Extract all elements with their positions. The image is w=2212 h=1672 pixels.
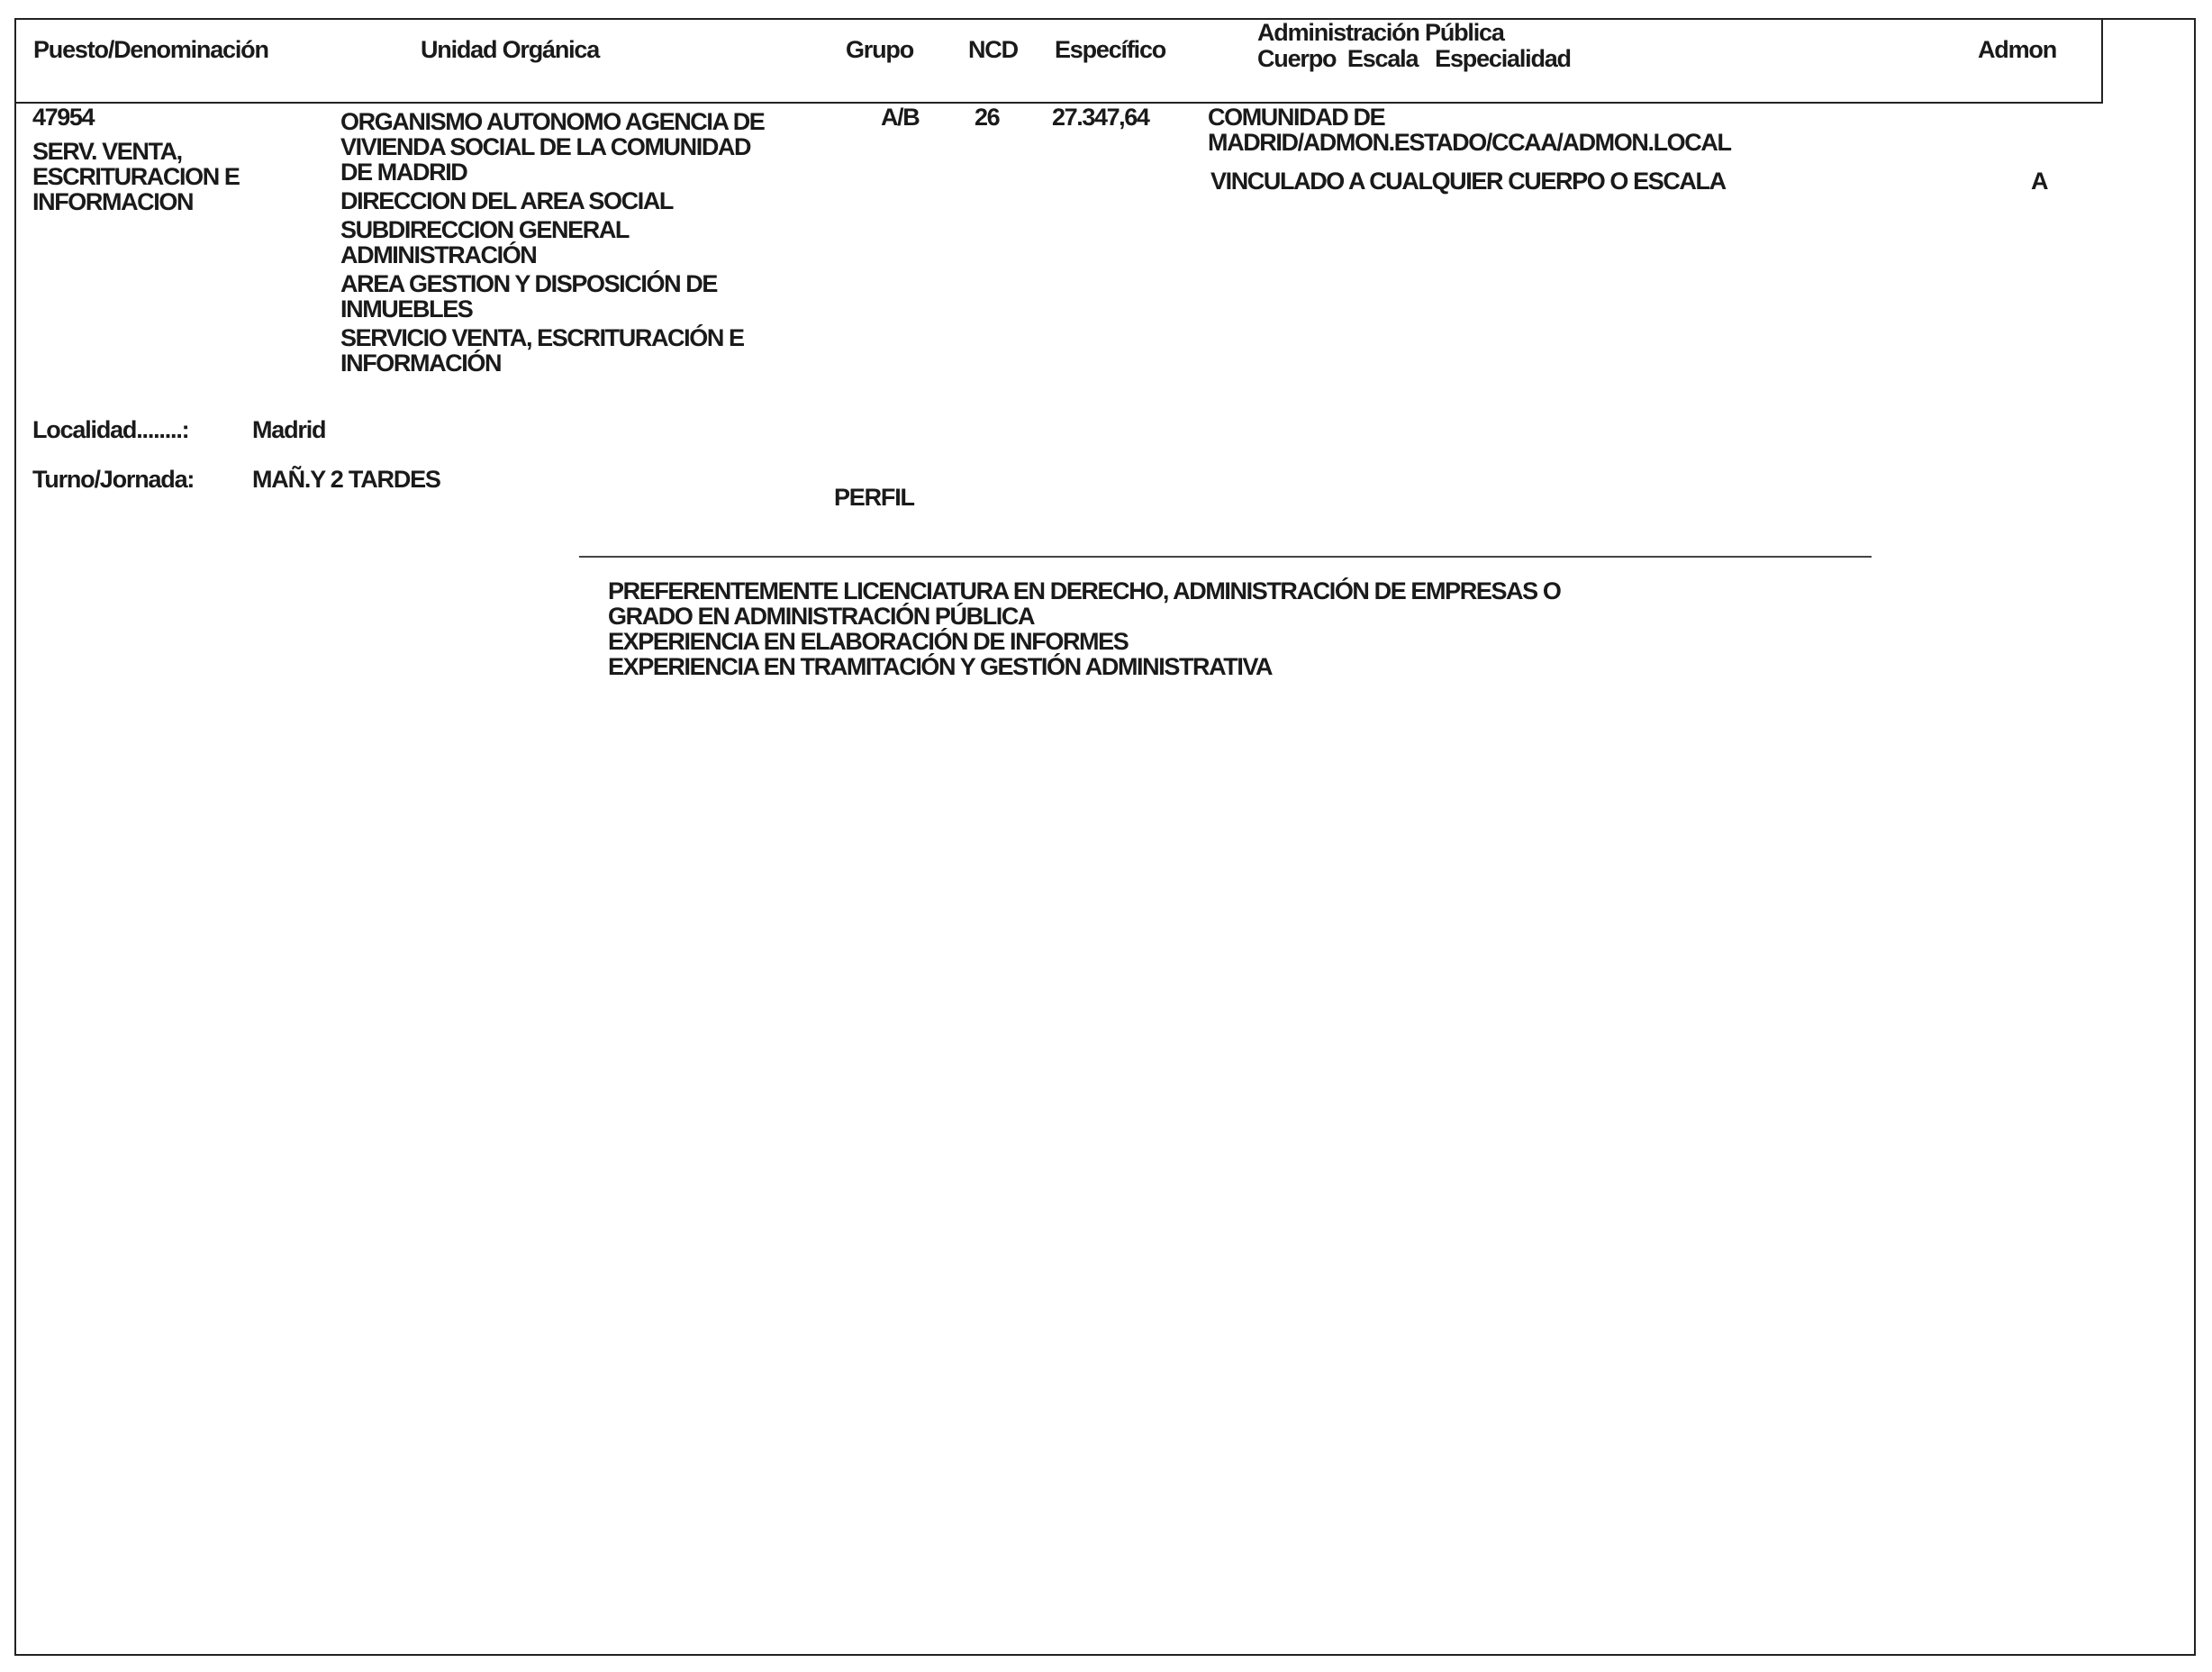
text-line: GRADO EN ADMINISTRACIÓN PÚBLICA — [608, 604, 1560, 629]
record-admon: A — [2031, 168, 2047, 194]
unidad-group: SERVICIO VENTA, ESCRITURACIÓN EINFORMACI… — [340, 325, 764, 376]
text-line: VIVIENDA SOCIAL DE LA COMUNIDAD — [340, 134, 764, 159]
header-ncd: NCD — [968, 36, 1018, 64]
record-cuerpo: VINCULADO A CUALQUIER CUERPO O ESCALA — [1210, 168, 1726, 194]
record-code: 47954 — [32, 104, 94, 130]
perfil-title: PERFIL — [834, 484, 914, 512]
record-denominacion: SERV. VENTA,ESCRITURACION EINFORMACION — [32, 139, 240, 214]
text-line: INMUEBLES — [340, 296, 764, 322]
text-line: PREFERENTEMENTE LICENCIATURA EN DERECHO,… — [608, 578, 1560, 604]
perfil-divider — [579, 556, 1872, 558]
text-line: DE MADRID — [340, 159, 764, 185]
unidad-group: SUBDIRECCION GENERALADMINISTRACIÓN — [340, 217, 764, 268]
localidad-label: Localidad........: — [32, 416, 188, 444]
header-admon: Admon — [1978, 36, 2056, 64]
text-line: MADRID/ADMON.ESTADO/CCAA/ADMON.LOCAL — [1208, 130, 1731, 155]
unidad-group: ORGANISMO AUTONOMO AGENCIA DEVIVIENDA SO… — [340, 109, 764, 185]
text-line: DIRECCION DEL AREA SOCIAL — [340, 188, 764, 214]
unidad-group: DIRECCION DEL AREA SOCIAL — [340, 188, 764, 214]
header-unidad: Unidad Orgánica — [421, 36, 599, 64]
text-line: EXPERIENCIA EN TRAMITACIÓN Y GESTIÓN ADM… — [608, 654, 1560, 679]
text-line: INFORMACION — [32, 189, 240, 214]
header-admin-publica: Administración Pública — [1257, 19, 1504, 47]
text-line: COMUNIDAD DE — [1208, 104, 1731, 130]
text-line: EXPERIENCIA EN ELABORACIÓN DE INFORMES — [608, 629, 1560, 654]
header-especifico: Específico — [1055, 36, 1165, 64]
record-administracion: COMUNIDAD DEMADRID/ADMON.ESTADO/CCAA/ADM… — [1208, 104, 1731, 155]
text-line: SERV. VENTA, — [32, 139, 240, 164]
record-grupo: A/B — [881, 104, 919, 130]
text-line: SUBDIRECCION GENERAL — [340, 217, 764, 242]
turno-label: Turno/Jornada: — [32, 466, 194, 494]
text-line: SERVICIO VENTA, ESCRITURACIÓN E — [340, 325, 764, 350]
record-especifico: 27.347,64 — [1052, 104, 1149, 130]
perfil-lines: PREFERENTEMENTE LICENCIATURA EN DERECHO,… — [608, 578, 1560, 679]
text-line: ORGANISMO AUTONOMO AGENCIA DE — [340, 109, 764, 134]
localidad-value: Madrid — [252, 416, 325, 444]
unidad-group: AREA GESTION Y DISPOSICIÓN DEINMUEBLES — [340, 271, 764, 322]
header-cuerpo-escala: Cuerpo Escala Especialidad — [1257, 45, 1571, 73]
text-line: ESCRITURACION E — [32, 164, 240, 189]
turno-value: MAÑ.Y 2 TARDES — [252, 466, 440, 494]
text-line: ADMINISTRACIÓN — [340, 242, 764, 268]
record-ncd: 26 — [975, 104, 999, 130]
header-puesto: Puesto/Denominación — [33, 36, 268, 64]
header-grupo: Grupo — [846, 36, 913, 64]
text-line: INFORMACIÓN — [340, 350, 764, 376]
record-unidad-organica: ORGANISMO AUTONOMO AGENCIA DEVIVIENDA SO… — [340, 109, 764, 379]
text-line: AREA GESTION Y DISPOSICIÓN DE — [340, 271, 764, 296]
